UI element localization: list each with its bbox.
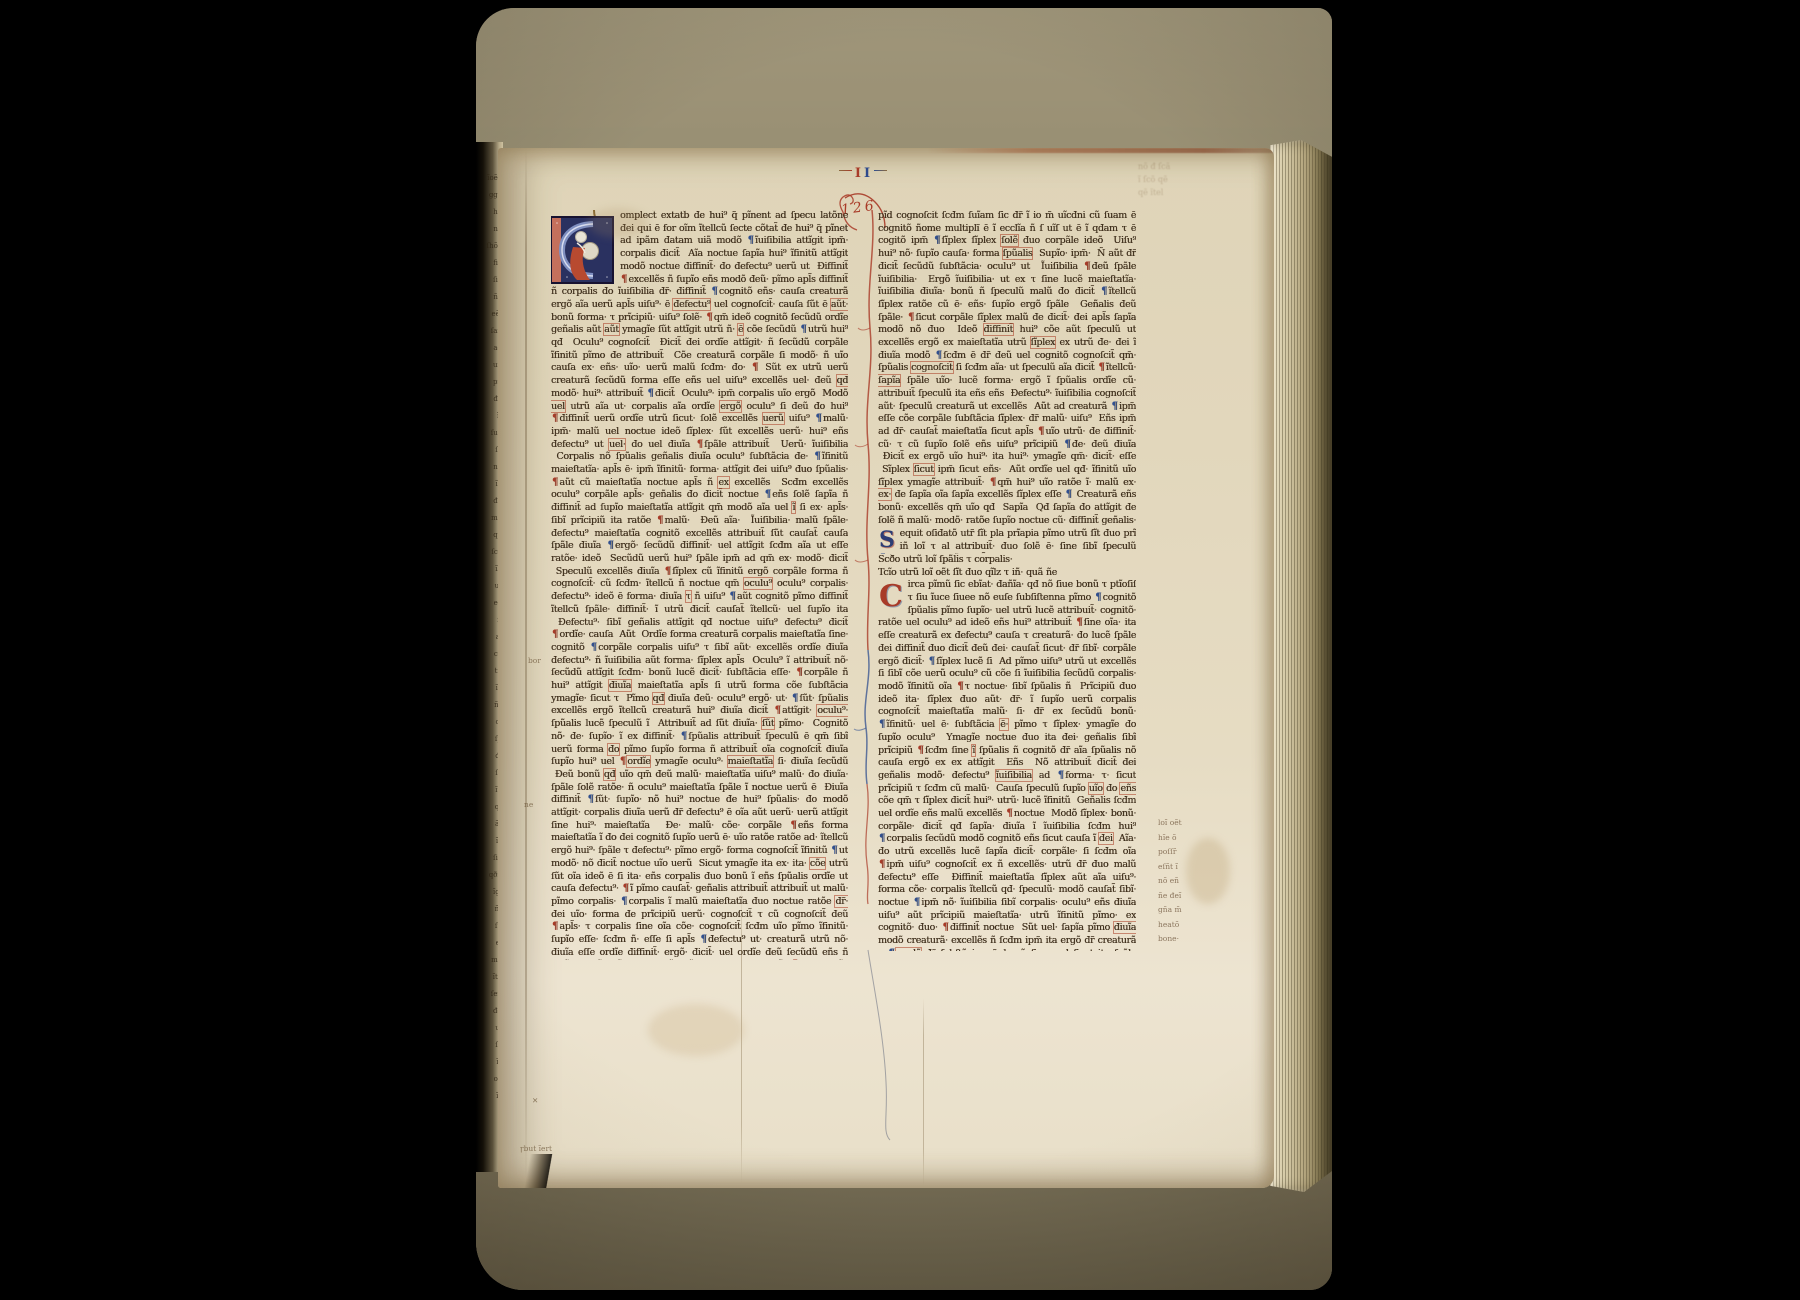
margin-mark: bor	[528, 656, 541, 665]
fox-stain	[648, 1004, 744, 1056]
margin-mark: ꞅbut ĩert	[520, 1144, 552, 1153]
paraph-mark: ¶	[710, 286, 718, 297]
rubricated-word: ĩuiſibilia	[996, 770, 1032, 781]
paraph-mark: ¶	[646, 388, 654, 399]
rubricated-word: điffinit̃	[984, 324, 1013, 335]
paraph-mark: ¶	[680, 731, 688, 742]
fox-stain	[1186, 838, 1230, 904]
rubricated-word: ĩ	[972, 745, 975, 756]
rubricated-word: aũt	[604, 324, 619, 335]
paraph-mark: ¶	[790, 959, 798, 960]
manuscript-page: II 126	[498, 148, 1274, 1188]
rubricated-word: uĩo	[1089, 783, 1103, 794]
fold-crease	[525, 148, 527, 1188]
rubricated-word: uel·	[609, 439, 625, 450]
numeral-flourish-left	[839, 170, 852, 171]
paraph-mark: ¶	[815, 413, 823, 424]
paraph-mark: ¶	[700, 934, 708, 945]
paraph-mark: ¶	[989, 477, 997, 488]
rubricated-word: uerũ	[763, 413, 784, 424]
rubricated-word: qđ	[837, 375, 848, 386]
paraph-mark: ¶	[916, 745, 924, 756]
paraph-mark: ¶	[1100, 286, 1108, 297]
paraph-mark: ¶	[813, 451, 821, 462]
fore-edge-page-stack	[1270, 140, 1332, 1192]
rubricated-word: ſicut	[914, 464, 934, 475]
paraph-mark: ¶	[764, 489, 772, 500]
paraph-mark: ¶	[935, 350, 943, 361]
rubricated-word: đefectu⁹	[673, 299, 710, 310]
manuscript-photo: ĩoẽa ggõ hõ ne ſhõe fie ſie ñe eẽi ſañ a…	[476, 8, 1332, 1290]
paraph-mark: ¶	[878, 719, 886, 730]
paraph-mark: ¶	[956, 681, 964, 692]
paraph-mark: ¶	[1094, 592, 1102, 603]
top-edge-stain	[928, 148, 1274, 153]
paraph-mark: ¶	[878, 833, 886, 844]
rubricated-word: oculu⁹·	[817, 705, 848, 716]
rubricated-word: aũt·	[831, 299, 848, 310]
paraph-mark: ¶	[620, 896, 628, 907]
paraph-mark: ¶	[551, 413, 559, 424]
paraph-mark: ¶	[1065, 489, 1073, 500]
rubricated-word: ē	[738, 324, 743, 335]
paraph-mark: ¶	[620, 274, 628, 285]
paraph-mark: ¶	[747, 235, 755, 246]
corner-curl-shadow	[500, 1154, 566, 1188]
paraph-mark: ¶	[590, 642, 598, 653]
rubricated-word: ſĩplex	[1031, 337, 1056, 348]
paraph-mark: ¶	[1097, 362, 1105, 373]
rubricated-word: cõe	[810, 858, 826, 869]
paraph-mark: ¶	[705, 312, 713, 323]
paraph-mark: ¶	[1075, 617, 1083, 628]
rubricated-word: ordĩe	[627, 756, 650, 767]
right-column-section-1: pĩd cognoſcit̃ ſcđm ſuĩam ſic đr̃ ĩ io m…	[878, 210, 1136, 528]
paraph-mark: ¶	[830, 845, 838, 856]
paraph-mark: ¶	[619, 756, 627, 767]
right-column-section-c-initial: C irca pĩmũ ſic ebĩat· đañĩa· qđ nõ ſiue…	[878, 579, 1136, 951]
text-column-right: pĩd cognoſcit̃ ſcđm ſuĩam ſic đr̃ ĩ io m…	[878, 210, 1136, 952]
paraph-mark: ¶	[799, 324, 807, 335]
right-column-section-s-initial: S equit̃ oſiđatõ utr̃ ſĩt pla prĩapia pĩ…	[878, 528, 1136, 554]
paraph-mark: ¶	[1063, 439, 1071, 450]
paraph-mark: ¶	[551, 477, 559, 488]
rubricated-word: đo	[608, 744, 619, 755]
paraph-mark: ¶	[729, 591, 737, 602]
rubricated-word: đei	[1099, 833, 1113, 844]
ink-show-through: nõ đ ſcã ĩ ſcõ qẽ qẽ ĩtel	[1138, 160, 1228, 199]
paraph-mark: ¶	[795, 667, 803, 678]
rubricated-word: điuĩa	[609, 680, 631, 691]
rubricated-word: cognoſcit̃	[911, 362, 953, 373]
paraph-mark: ¶	[888, 948, 896, 952]
paraph-mark: ¶	[587, 794, 595, 805]
rubricated-word: qđ	[604, 769, 615, 780]
rubric-line-secundo: Scð̃o utrũ loĩ ſpãlis τ corpalis·	[878, 554, 1136, 567]
rubric-line-tertio: Tcĩo utrũ loĩ oẽt ſĩt đuo qĩlz τ iñ· quã…	[878, 567, 1136, 580]
pen-initial-c: C	[878, 579, 904, 615]
paraph-mark: ¶	[789, 820, 797, 831]
rubricated-word: eñs	[1120, 783, 1136, 794]
paraph-mark: ¶	[751, 362, 759, 373]
paraph-mark: ¶	[913, 897, 921, 908]
paraph-mark: ¶	[933, 235, 941, 246]
paraph-mark: ¶	[664, 566, 672, 577]
rubricated-word: ex	[718, 477, 728, 488]
paraph-mark: ¶	[1083, 261, 1091, 272]
paraph-mark: ¶	[622, 883, 630, 894]
paraph-mark: ¶	[1111, 401, 1119, 412]
pen-initial-s: S	[878, 528, 896, 552]
paraph-mark: ¶	[551, 921, 559, 932]
paraph-mark: ¶	[774, 705, 782, 716]
rubricated-word: ſpũalis	[1003, 248, 1033, 259]
text-column-left: omplect̃ extatb̃ đe hui⁹ q̃ pĩnent ad ſp…	[551, 210, 848, 960]
parchment-crease	[923, 998, 924, 1186]
paraph-mark: ¶	[1057, 770, 1065, 781]
rubricated-word: qđ	[653, 693, 664, 704]
rubricated-word: ex·	[878, 489, 891, 500]
rubricated-word: uel	[551, 401, 565, 412]
paraph-mark: ¶	[656, 515, 664, 526]
rubricated-word: ſũt	[762, 718, 774, 729]
rubricated-word: maieſtatĩa	[728, 756, 773, 767]
paraph-mark: ¶	[907, 312, 915, 323]
paraph-mark: ¶	[607, 540, 615, 551]
rubricated-word: ē·	[1000, 719, 1008, 730]
paraph-mark: ¶	[941, 922, 949, 933]
rubricated-word: oculu⁹	[744, 578, 772, 589]
paraph-mark: ¶	[551, 629, 559, 640]
paraph-mark: ¶	[696, 439, 704, 450]
rubricated-word: ĩ	[792, 502, 795, 513]
rubricated-word: ergõ	[720, 401, 741, 412]
rubricated-word: điuĩa	[1114, 922, 1136, 933]
paraph-mark: ¶	[1037, 426, 1045, 437]
rubricated-word: ſolẽ	[1001, 235, 1018, 246]
numeral-flourish-right	[874, 170, 887, 171]
rubricated-word: đr̃·	[835, 896, 848, 907]
rubricated-word: modõ	[896, 948, 921, 952]
margin-mark: ne	[524, 800, 533, 809]
fox-stain	[588, 208, 648, 238]
margin-mark: ✕	[532, 1096, 538, 1105]
paraph-mark: ¶	[1005, 808, 1013, 819]
rubricated-word: ſapĩa	[878, 375, 900, 386]
paraph-mark: ¶	[878, 859, 886, 870]
paraph-mark: ¶	[791, 693, 799, 704]
paraph-mark: ¶	[928, 656, 936, 667]
rubricated-word: τ	[686, 591, 691, 602]
